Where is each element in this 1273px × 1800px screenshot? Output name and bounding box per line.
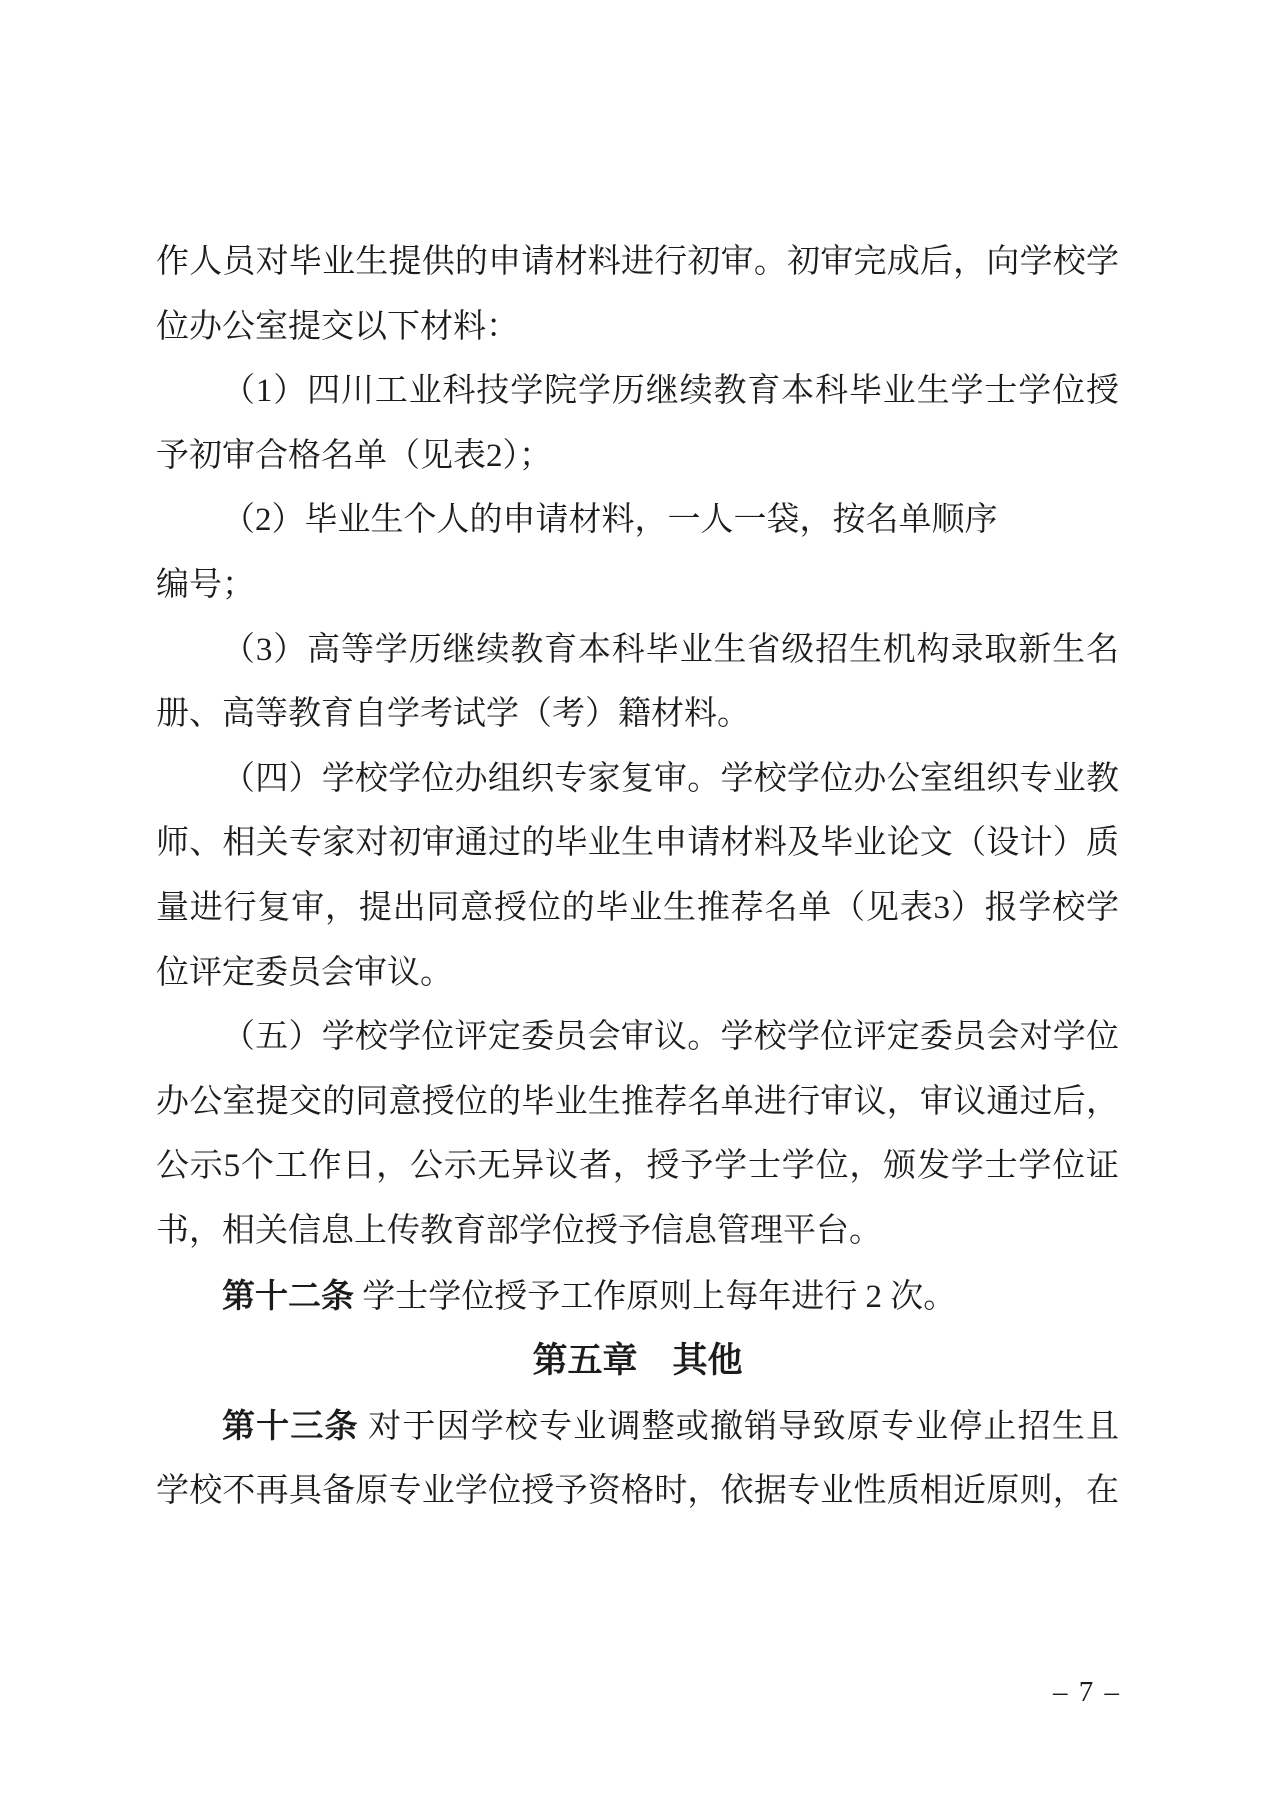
page-number: – 7 – <box>1053 1676 1121 1708</box>
document-page: 作人员对毕业生提供的申请材料进行初审。初审完成后，向学校学位办公室提交以下材料：… <box>0 0 1273 1800</box>
text-line: 第十三条 对于因学校专业调整或撤销导致原专业停止招生且 <box>156 1394 1119 1460</box>
text-line: （3）高等学历继续教育本科毕业生省级招生机构录取新生名 <box>156 618 1119 683</box>
text-line: 第十二条 学士学位授予工作原则上每年进行 2 次。 <box>156 1264 1119 1330</box>
text-segment: 书，相关信息上传教育部学位授予信息管理平台。 <box>156 1213 882 1249</box>
chapter-heading: 第五章 其他 <box>156 1329 1119 1394</box>
text-segment: 编号； <box>156 567 255 603</box>
bold-text-segment: 第十三条 <box>222 1407 359 1444</box>
text-segment: 公示5个工作日，公示无异议者，授予学士学位，颁发学士学位证 <box>156 1148 1119 1184</box>
text-line: 予初审合格名单（见表2）； <box>156 424 1119 489</box>
bold-text-segment: 第十二条 <box>222 1277 354 1314</box>
text-segment: 册、高等教育自学考试学（考）籍材料。 <box>156 696 750 732</box>
bold-text-segment: 第五章 其他 <box>532 1341 742 1380</box>
text-segment: （五）学校学位评定委员会审议。学校学位评定委员会对学位 <box>222 1019 1119 1055</box>
text-line: 册、高等教育自学考试学（考）籍材料。 <box>156 682 1119 747</box>
text-segment: 学校不再具备原专业学位授予资格时，依据专业性质相近原则，在 <box>156 1473 1119 1509</box>
text-line: 位办公室提交以下材料： <box>156 295 1119 360</box>
text-line: 位评定委员会审议。 <box>156 941 1119 1006</box>
text-segment: 予初审合格名单（见表2）； <box>156 438 552 474</box>
text-segment: （3）高等学历继续教育本科毕业生省级招生机构录取新生名 <box>222 632 1119 668</box>
text-segment: （2）毕业生个人的申请材料，一人一袋，按名单顺序 <box>222 502 998 538</box>
text-segment: 量进行复审，提出同意授位的毕业生推荐名单（见表3）报学校学 <box>156 890 1119 926</box>
text-line: 书，相关信息上传教育部学位授予信息管理平台。 <box>156 1199 1119 1264</box>
text-line: （四）学校学位办组织专家复审。学校学位办公室组织专业教 <box>156 747 1119 812</box>
text-segment: 对于因学校专业调整或撤销导致原专业停止招生且 <box>359 1409 1119 1445</box>
document-body: 作人员对毕业生提供的申请材料进行初审。初审完成后，向学校学位办公室提交以下材料：… <box>156 230 1119 1524</box>
text-segment: 师、相关专家对初审通过的毕业生申请材料及毕业论文（设计）质 <box>156 825 1119 861</box>
text-segment: 位评定委员会审议。 <box>156 955 453 991</box>
text-segment: 学士学位授予工作原则上每年进行 2 次。 <box>354 1279 956 1315</box>
text-line: （五）学校学位评定委员会审议。学校学位评定委员会对学位 <box>156 1005 1119 1070</box>
text-segment: 位办公室提交以下材料： <box>156 309 519 345</box>
text-line: （2）毕业生个人的申请材料，一人一袋，按名单顺序 <box>156 488 1119 553</box>
text-line: 办公室提交的同意授位的毕业生推荐名单进行审议，审议通过后， <box>156 1070 1119 1135</box>
text-line: 作人员对毕业生提供的申请材料进行初审。初审完成后，向学校学 <box>156 230 1119 295</box>
text-line: 师、相关专家对初审通过的毕业生申请材料及毕业论文（设计）质 <box>156 811 1119 876</box>
text-segment: （1）四川工业科技学院学历继续教育本科毕业生学士学位授 <box>222 373 1119 409</box>
text-line: 量进行复审，提出同意授位的毕业生推荐名单（见表3）报学校学 <box>156 876 1119 941</box>
text-segment: （四）学校学位办组织专家复审。学校学位办公室组织专业教 <box>222 761 1119 797</box>
text-line: （1）四川工业科技学院学历继续教育本科毕业生学士学位授 <box>156 359 1119 424</box>
text-line: 编号； <box>156 553 1119 618</box>
text-segment: 作人员对毕业生提供的申请材料进行初审。初审完成后，向学校学 <box>156 244 1119 280</box>
text-line: 公示5个工作日，公示无异议者，授予学士学位，颁发学士学位证 <box>156 1134 1119 1199</box>
text-segment: 办公室提交的同意授位的毕业生推荐名单进行审议，审议通过后， <box>156 1084 1119 1120</box>
text-line: 学校不再具备原专业学位授予资格时，依据专业性质相近原则，在 <box>156 1459 1119 1524</box>
